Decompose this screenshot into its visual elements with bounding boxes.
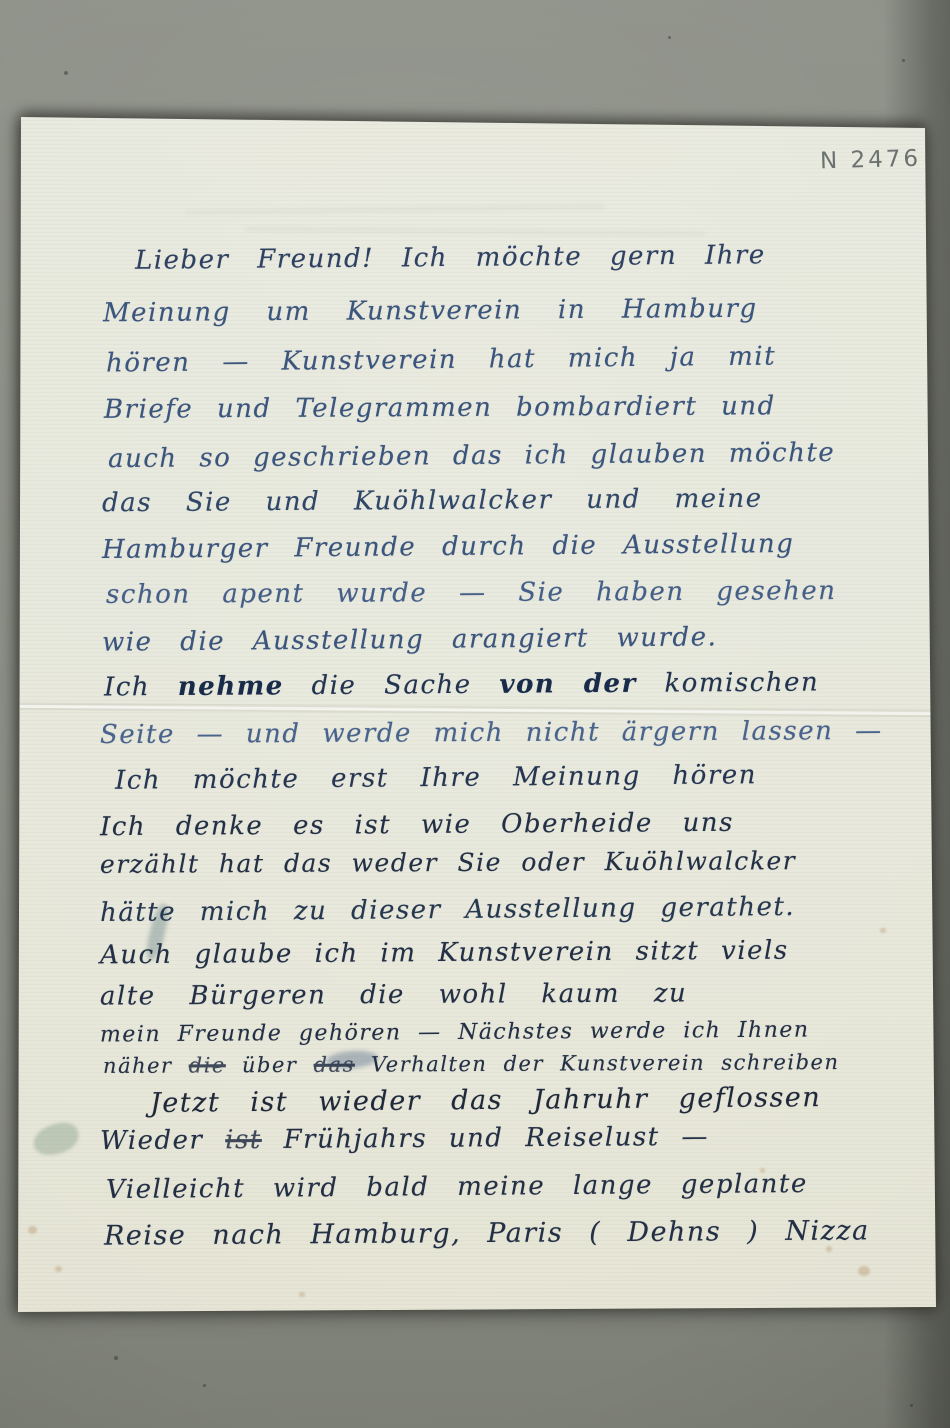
letter-word-segment: Wieder [100,1125,225,1156]
letter-line: alte Bürgeren die wohl kaum zu [100,978,687,1011]
letter-word-segment: die Sache [284,670,500,702]
letter-word-segment: Ich möchte erst Ihre Meinung hören [115,760,757,796]
letter-word-segment: mein Freunde gehören — Nächstes werde ic… [100,1018,810,1048]
letter-word-segment: über [226,1053,314,1077]
letter-word-segment: Verhalten der Kunstverein schreiben [355,1050,840,1077]
letter-word-segment: Ich denke es ist wie Oberheide uns [100,808,734,842]
letter-word-segment: Auch glaube ich im Kunstverein sitzt vie… [100,936,789,971]
letter-paper: N 2476 Lieber Freund! Ich möchte gern Ih… [0,0,950,1428]
letter-line: Reise nach Hamburg, Paris ( Dehns ) Nizz… [104,1215,870,1251]
letter-word-segment: näher [103,1053,189,1077]
letter-line: Wieder ist Frühjahrs und Reiselust — [100,1122,709,1156]
letter-word-segment: Seite — und werde mich nicht ärgern lass… [100,716,883,750]
foxing-spot [28,1226,37,1234]
letter-line: erzählt hat das weder Sie oder Kuöhlwalc… [100,846,796,879]
letter-word-segment: erzählt hat das weder Sie oder Kuöhlwalc… [100,846,796,879]
foxing-spot [826,1246,832,1252]
letter-line: schon apent wurde — Sie haben gesehen [106,576,837,610]
letter-word-segment: Meinung um Kunstverein in Hamburg [103,294,758,329]
archival-number: N 2476 [820,146,922,175]
letter-line: hätte mich zu dieser Ausstellung gerathe… [100,892,795,928]
letter-word-segment: Jetzt ist wieder das Jahruhr geflossen [150,1082,821,1119]
letter-word-segment: wie die Ausstellung arangiert wurde. [102,622,718,657]
letter-line: Seite — und werde mich nicht ärgern lass… [100,716,883,750]
letter-word-segment: ist [225,1125,262,1155]
photo-of-letter: N 2476 Lieber Freund! Ich möchte gern Ih… [0,0,950,1428]
foxing-spot [55,1266,62,1272]
letter-word-segment: das Sie und Kuöhlwalcker und meine [102,484,763,519]
letter-line: näher die über das Verhalten der Kunstve… [103,1050,840,1078]
letter-word-segment: Briefe und Telegrammen bombardiert und [104,391,776,425]
letter-line: Auch glaube ich im Kunstverein sitzt vie… [100,936,789,971]
letter-word-segment: Ich [104,672,178,703]
letter-line: Briefe und Telegrammen bombardiert und [104,391,776,425]
letter-line: Hamburger Freunde durch die Ausstellung [102,529,795,565]
letter-line: wie die Ausstellung arangiert wurde. [102,622,718,657]
letter-line: Meinung um Kunstverein in Hamburg [103,294,758,329]
letter-word-segment: Vielleicht wird bald meine lange geplant… [106,1169,808,1205]
letter-word-segment: komischen [637,668,820,699]
letter-word-segment: schon apent wurde — Sie haben gesehen [106,576,837,610]
letter-line: auch so geschrieben das ich glauben möch… [108,438,835,474]
letter-line: Ich denke es ist wie Oberheide uns [100,808,734,842]
letter-word-segment: hätte mich zu dieser Ausstellung gerathe… [100,892,795,928]
foxing-spot [858,1266,870,1276]
letter-line: Lieber Freund! Ich möchte gern Ihre [135,240,766,276]
letter-line: mein Freunde gehören — Nächstes werde ic… [100,1018,810,1048]
letter-line: Ich nehme die Sache von der komischen [104,668,819,703]
letter-word-segment: auch so geschrieben das ich glauben möch… [108,438,835,474]
letter-word-segment: alte Bürgeren die wohl kaum zu [100,978,687,1011]
letter-word-segment: das [314,1053,355,1077]
letter-word-segment: Reise nach Hamburg, Paris ( Dehns ) Nizz… [104,1215,870,1251]
letter-word-segment: die [189,1053,226,1077]
letter-word-segment: von der [499,669,637,700]
letter-word-segment: Frühjahrs und Reiselust — [262,1122,709,1155]
letter-line: Vielleicht wird bald meine lange geplant… [106,1169,808,1205]
foxing-spot [299,1292,305,1297]
letter-line: Ich möchte erst Ihre Meinung hören [115,760,757,796]
letter-word-segment: Lieber Freund! Ich möchte gern Ihre [135,240,766,276]
letter-paper-wrapper: N 2476 Lieber Freund! Ich möchte gern Ih… [0,0,950,1428]
foxing-spot [880,928,886,933]
letter-line: das Sie und Kuöhlwalcker und meine [102,484,763,519]
letter-word-segment: Hamburger Freunde durch die Ausstellung [102,529,795,565]
letter-line: Jetzt ist wieder das Jahruhr geflossen [150,1082,821,1119]
letter-word-segment: nehme [178,671,284,702]
